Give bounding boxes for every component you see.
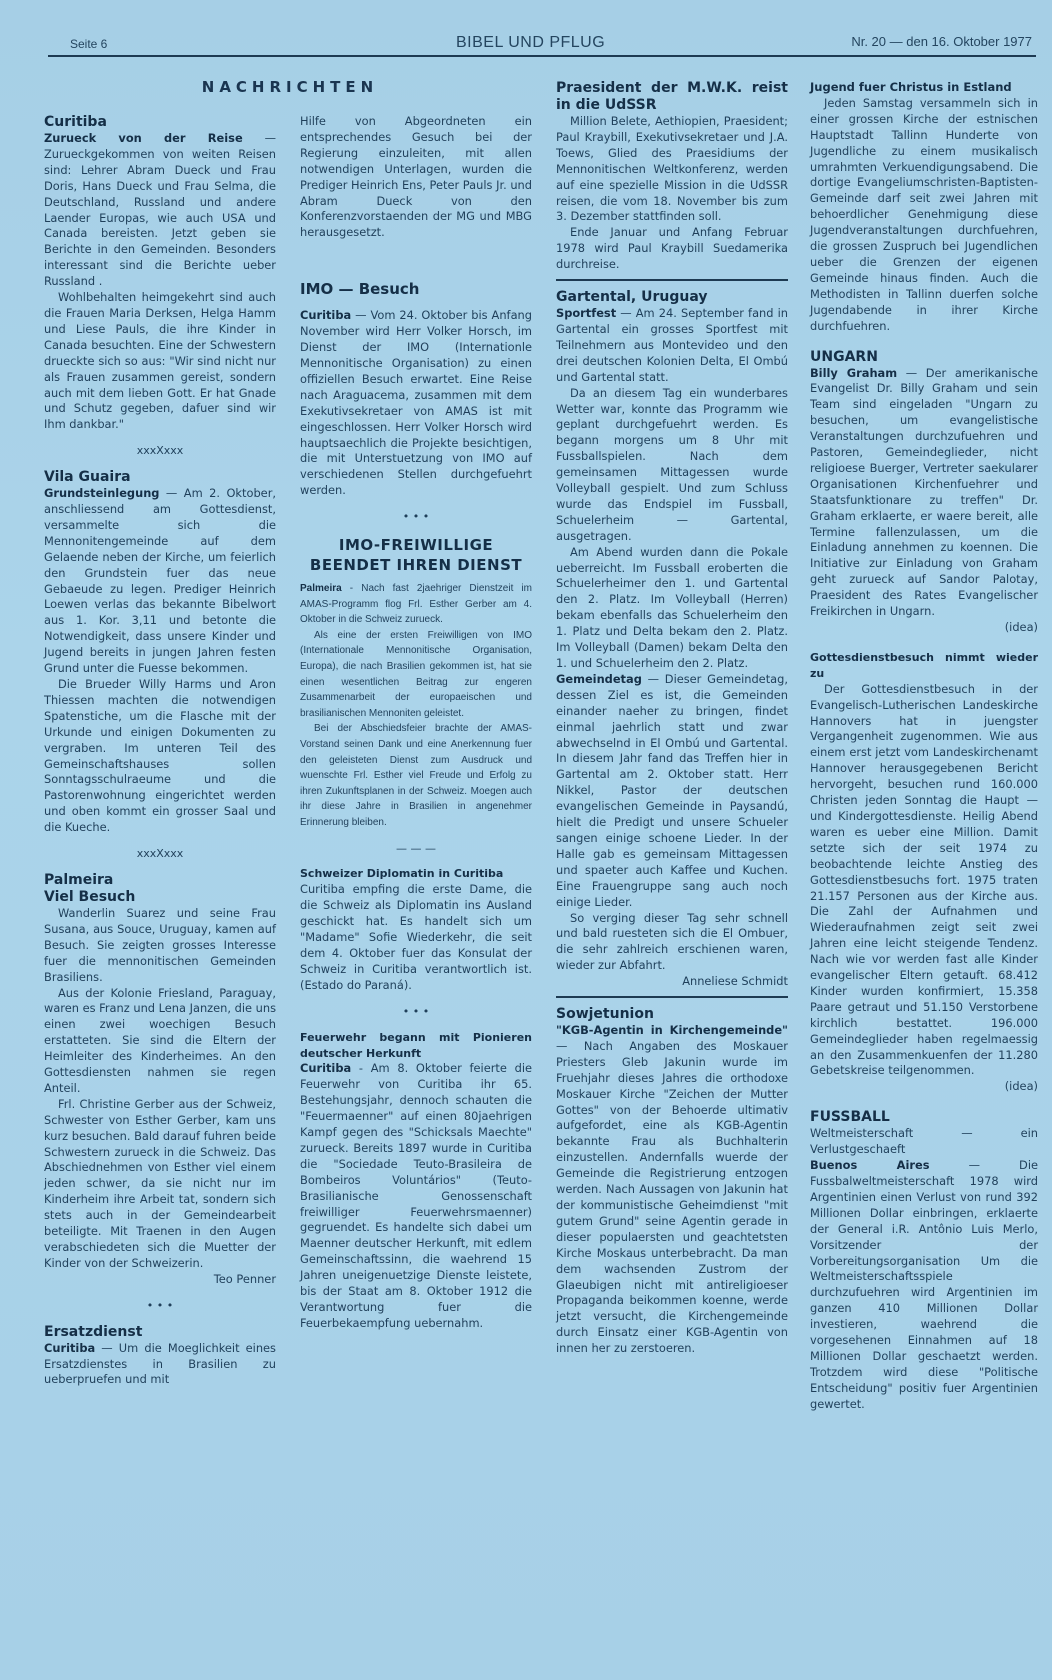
article-text-block: Palmeira - Nach fast 2jaehriger Dienstze…: [300, 581, 532, 831]
article-lead: Zurueck von der Reise: [44, 131, 243, 145]
separator: — — —: [300, 841, 532, 857]
page-number: Seite 6: [70, 37, 107, 51]
publication-title: BIBEL UND PFLUG: [456, 34, 605, 52]
article-paragraph: Da an diesem Tag ein wunderbares Wetter …: [556, 386, 788, 545]
article-lead: Buenos Aires: [810, 1158, 930, 1172]
article-paragraph: Million Belete, Aethiopien, Praesident; …: [556, 114, 788, 225]
article-body: Zurueck von der Reise — Zurueckgekommen …: [44, 131, 276, 290]
article-title: Ersatzdienst: [44, 1324, 276, 1341]
article-lead: Grundsteinlegung: [44, 486, 159, 500]
issue-date: Nr. 20 — den 16. Oktober 1977: [851, 34, 1032, 49]
article-author: Anneliese Schmidt: [556, 974, 788, 990]
separator: • • •: [44, 1298, 276, 1314]
article-body: Curitiba — Vom 24. Oktober bis Anfang No…: [300, 308, 532, 499]
article-paragraph: Frl. Christine Gerber aus der Schweiz, S…: [44, 1097, 276, 1272]
article-paragraph: Ende Januar und Anfang Februar 1978 wird…: [556, 225, 788, 273]
separator: xxxXxxx: [44, 443, 276, 459]
article-paragraph: Bei der Abschiedsfeier brachte der AMAS-…: [300, 721, 532, 830]
article-lead: Palmeira: [300, 583, 342, 594]
article-place: Sowjetunion: [556, 1006, 788, 1023]
article-title: IMO — Besuch: [300, 281, 532, 298]
article-author: Teo Penner: [44, 1272, 276, 1288]
column-2: Hilfe von Abgeordneten ein entsprechende…: [300, 114, 532, 1332]
article-source: (idea): [810, 620, 1038, 636]
section-title: NACHRICHTEN: [160, 78, 420, 96]
article-title: Praesident der M.W.K. reist in die UdSSR: [556, 80, 788, 114]
separator: • • •: [300, 509, 532, 525]
article-subtitle: Weltmeisterschaft — ein Verlustgeschaeft: [810, 1126, 1038, 1158]
article-paragraph: Wanderlin Suarez und seine Frau Susana, …: [44, 906, 276, 986]
article-lead: Billy Graham: [810, 366, 897, 380]
column-3: Praesident der M.W.K. reist in die UdSSR…: [556, 80, 788, 1357]
article-place: Palmeira: [44, 872, 276, 889]
article-title: Gottesdienstbesuch nimmt wieder zu: [810, 650, 1038, 682]
article-body: Sportfest — Am 24. September fand in Gar…: [556, 306, 788, 386]
article-title: Viel Besuch: [44, 889, 276, 906]
article-title-line2: BEENDET IHREN DIENST: [300, 555, 532, 575]
article-place: Gartental, Uruguay: [556, 289, 788, 306]
article-paragraph: Als eine der ersten Freiwilligen von IMO…: [300, 628, 532, 722]
article-body: Billy Graham — Der amerikanische Evangel…: [810, 366, 1038, 621]
article-body: Palmeira - Nach fast 2jaehriger Dienstze…: [300, 581, 532, 628]
column-1: Curitiba Zurueck von der Reise — Zurueck…: [44, 114, 276, 1388]
article-lead: Curitiba: [44, 1341, 95, 1355]
article-title: IMO-FREIWILLIGE: [300, 535, 532, 555]
article-title: Feuerwehr begann mit Pionieren deutscher…: [300, 1030, 532, 1062]
column-4: Jugend fuer Christus in Estland Jeden Sa…: [810, 80, 1038, 1413]
separator: • • •: [300, 1004, 532, 1020]
article-lead: "KGB-Agentin in Kirchengemeinde": [556, 1023, 788, 1037]
article-lead: Curitiba: [300, 1061, 351, 1075]
article-paragraph: So verging dieser Tag sehr schnell und b…: [556, 911, 788, 975]
article-body: Grundsteinlegung — Am 2. Oktober, anschl…: [44, 486, 276, 677]
article-source: (idea): [810, 1079, 1038, 1095]
article-paragraph: Am Abend wurden dann die Pokale ueberrei…: [556, 545, 788, 672]
article-lead: Sportfest: [556, 306, 616, 320]
separator: xxxXxxx: [44, 846, 276, 862]
article-body: Buenos Aires — Die Fussbalweltmeistersch…: [810, 1158, 1038, 1413]
article-paragraph: Aus der Kolonie Friesland, Paraguay, war…: [44, 986, 276, 1097]
article-lead: Gemeindetag: [556, 672, 642, 686]
article-paragraph: Jeden Samstag versammeln sich in einer g…: [810, 96, 1038, 335]
article-paragraph: Curitiba empfing die erste Dame, die die…: [300, 882, 532, 993]
article-place: Vila Guaira: [44, 469, 276, 486]
article-title: Schweizer Diplomatin in Curitiba: [300, 866, 532, 882]
page-header: Seite 6 BIBEL UND PFLUG Nr. 20 — den 16.…: [48, 34, 1036, 56]
article-place: Curitiba: [44, 114, 276, 131]
article-place: UNGARN: [810, 349, 1038, 366]
article-paragraph: Der Gottesdienstbesuch in der Evangelisc…: [810, 682, 1038, 1080]
article-title: Jugend fuer Christus in Estland: [810, 80, 1038, 96]
article-lead: Curitiba: [300, 308, 351, 322]
article-body: Curitiba - Am 8. Oktober feierte die Feu…: [300, 1061, 532, 1331]
article-body: Curitiba — Um die Moeglichkeit eines Ers…: [44, 1341, 276, 1389]
article-body: Gemeindetag — Dieser Gemeindetag, dessen…: [556, 672, 788, 911]
newspaper-page: Seite 6 BIBEL UND PFLUG Nr. 20 — den 16.…: [0, 0, 1052, 1680]
divider: [556, 996, 788, 998]
article-paragraph: Die Brueder Willy Harms und Aron Thiesse…: [44, 677, 276, 836]
divider: [556, 279, 788, 281]
article-place: FUSSBALL: [810, 1109, 1038, 1126]
article-paragraph: Hilfe von Abgeordneten ein entsprechende…: [300, 114, 532, 241]
article-body: "KGB-Agentin in Kirchengemeinde" — Nach …: [556, 1023, 788, 1357]
article-paragraph: Wohlbehalten heimgekehrt sind auch die F…: [44, 290, 276, 433]
header-rule: [48, 55, 1036, 57]
